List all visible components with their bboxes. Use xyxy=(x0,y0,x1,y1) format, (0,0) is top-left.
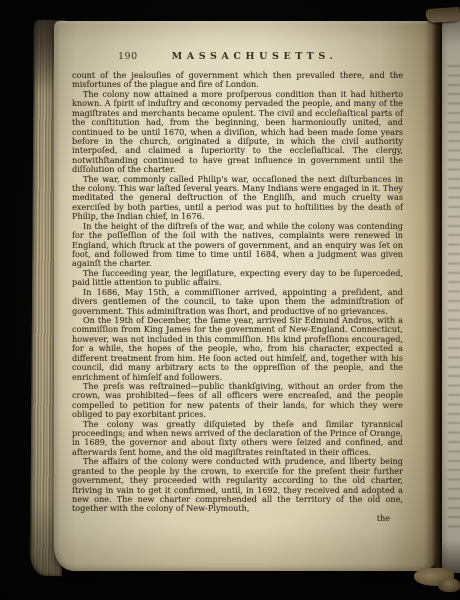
paragraph: On the 19th of December, the ſame year, … xyxy=(72,316,403,382)
page-edge-scrap-bottom-right-small xyxy=(438,578,460,592)
paragraph: The affairs of the colony were conducted… xyxy=(72,457,403,514)
page-edge-scrap-top-right xyxy=(426,7,460,23)
paragraph: The preſs was reſtrained—public thankſgi… xyxy=(72,382,403,420)
paragraph: In the height of the diſtreſs of the war… xyxy=(72,222,403,269)
catchword: the xyxy=(72,514,403,523)
book-photo: 190 MASSACHUSETTS. count of the jealouſi… xyxy=(0,0,460,600)
gutter-crease xyxy=(424,14,444,580)
paragraph: In 1686, May 15th, a commiſſioner arrive… xyxy=(72,288,403,316)
paragraph: The colony was greatly diſquieted by the… xyxy=(72,420,403,458)
page-number: 190 xyxy=(118,51,138,62)
paragraph: The war, commonly called Philip's war, o… xyxy=(72,175,403,222)
book-page: 190 MASSACHUSETTS. count of the jealouſi… xyxy=(54,21,437,571)
paragraph: The ſucceeding year, the legiſlature, ex… xyxy=(72,269,403,288)
page-header: 190 MASSACHUSETTS. xyxy=(72,51,403,65)
facing-page-text-fragments xyxy=(448,65,460,535)
paragraph: count of the jealouſies of government wh… xyxy=(72,71,403,90)
text-block: count of the jealouſies of government wh… xyxy=(72,71,403,523)
facing-page-sliver xyxy=(442,13,460,573)
paragraph: The colony now attained a more proſperou… xyxy=(72,90,403,175)
